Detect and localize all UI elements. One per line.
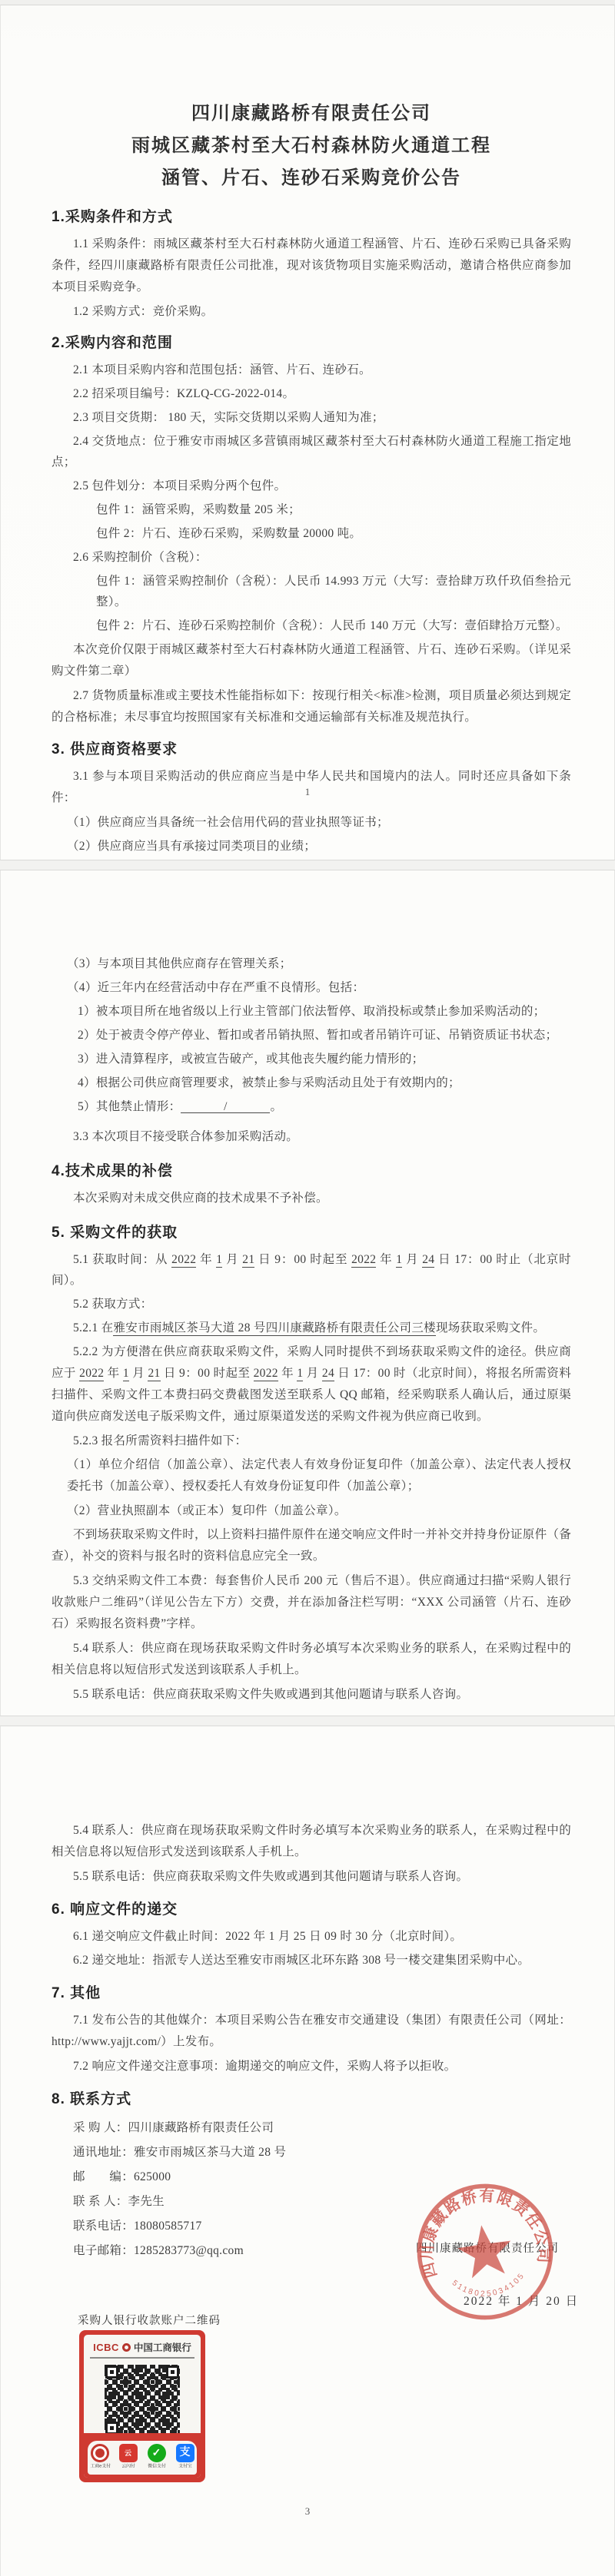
disallowed-sub-5: 5）其他禁止情形：/。 <box>52 1096 571 1117</box>
get-time-day2: 24 <box>422 1253 434 1268</box>
unionpay-label: 云闪付 <box>118 2462 138 2468</box>
t: 年 <box>104 1367 123 1380</box>
doc-title-line-1: 四川康藏路桥有限责任公司 <box>52 98 571 130</box>
t: 21 <box>148 1367 160 1381</box>
t: 2022 <box>254 1367 278 1381</box>
paragraph-5-3: 5.3 交纳采购文件工本费：每套售价人民币 200 元（售后不退）。供应商通过扫… <box>52 1570 571 1635</box>
qr-finder-icon <box>166 2365 179 2379</box>
paragraph-5-2: 5.2 获取方式： <box>52 1294 571 1315</box>
page-2: （3）与本项目其他供应商存在管理关系； （4）近三年内在经营活动中存在严重不良情… <box>0 870 615 1716</box>
paragraph-2-6: 2.6 采购控制价（含税）： <box>52 547 571 568</box>
contact-buyer: 采 购 人：四川康藏路桥有限责任公司 <box>73 2116 571 2140</box>
t: 2022 <box>79 1367 104 1381</box>
paragraph-7-1: 7.1 发布公告的其他媒介：本项目采购公告在雅安市交通建设（集团）有限责任公司（… <box>52 2010 571 2053</box>
get-time-year2: 2022 <box>351 1253 376 1268</box>
offsite-note: 不到场获取采购文件时，以上资料扫描件原件在递交响应文件时一并补交并持身份证原件（… <box>52 1524 571 1567</box>
contact-address: 通讯地址：雅安市雨城区茶马大道 28 号 <box>73 2140 571 2165</box>
paragraph-5-4-repeat: 5.4 联系人：供应商在现场获取采购文件时务必填写本次采购业务的联系人，在采购过… <box>52 1820 571 1863</box>
disallowed-sub-4: 4）根据公司供应商管理要求，被禁止参与采购活动且处于有效期内的； <box>52 1073 571 1093</box>
t: 1 <box>123 1367 129 1381</box>
paragraph-6-2: 6.2 递交地址：指派专人送达至雅安市雨城区北环东路 308 号一楼交建集团采购… <box>52 1950 571 1971</box>
disallowed-sub-1: 1）被本项目所在地省级以上行业主管部门依法暂停、取消投标或禁止参加采购活动的； <box>52 1001 571 1022</box>
section-heading-7: 7. 其他 <box>52 1983 571 2004</box>
t: 年 <box>278 1367 298 1380</box>
seal-registration-number: 5118025034105 <box>450 2269 530 2303</box>
qr-finder-icon <box>105 2365 118 2379</box>
paragraph-2-5: 2.5 包件划分：本项目采购分两个包件。 <box>52 476 571 496</box>
disallowed-item-4: （4）近三年内在经营活动中存在严重不良情形。包括： <box>52 977 571 998</box>
t: 年 <box>376 1253 396 1266</box>
signup-doc-1: （1）单位介绍信（加盖公章）、法定代表人有效身份证复印件（加盖公章）、法定代表人… <box>52 1454 571 1497</box>
qr-card-label: 采购人银行收款账户二维码 <box>78 2312 221 2328</box>
icbc-logo-icon <box>122 2343 131 2352</box>
paragraph-5-4: 5.4 联系人：供应商在现场获取采购文件时务必填写本次采购业务的联系人，在采购过… <box>52 1638 571 1681</box>
get-time-text: 5.1 获取时间：从 <box>73 1253 171 1266</box>
paragraph-4: 本次采购对未成交供应商的技术成果不予补偿。 <box>52 1188 571 1208</box>
bid-scope-note: 本次竞价仅限于雨城区藏茶村至大石村森林防火通道工程涵管、片石、连砂石采购。（详见… <box>52 639 571 682</box>
t: 月 <box>303 1367 322 1380</box>
paragraph-6-1: 6.1 递交响应文件截止时间：2022 年 1 月 25 日 09 时 30 分… <box>52 1926 571 1947</box>
t: 5.2.1 在 <box>73 1321 113 1334</box>
section-heading-4: 4.技术成果的补偿 <box>52 1161 571 1182</box>
paragraph-5-1: 5.1 获取时间：从 2022 年 1 月 21 日 9：00 时起至 2022… <box>52 1249 571 1291</box>
page-number-3: 3 <box>1 2505 614 2518</box>
section-heading-1: 1.采购条件和方式 <box>52 207 571 227</box>
t: 日 9：00 时起至 <box>254 1253 351 1266</box>
icbc-epay-label: 工商e支付 <box>90 2462 109 2468</box>
alipay-icon: 支 <box>176 2444 194 2462</box>
paragraph-5-5-repeat: 5.5 联系电话：供应商获取采购文件失败或遇到其他问题请与联系人咨询。 <box>52 1866 571 1887</box>
package-2-item: 包件 2：片石、连砂石采购，采购数量 20000 吨。 <box>52 523 571 544</box>
sub-5-label: 5）其他禁止情形： <box>78 1100 181 1113</box>
section-heading-3: 3. 供应商资格要求 <box>52 739 571 760</box>
icbc-card-header: ICBC 中国工商银行 <box>90 2335 194 2359</box>
package-1-item: 包件 1：涵管采购，采购数量 205 米； <box>52 499 571 520</box>
paragraph-2-3: 2.3 项目交货期： 180 天，实际交货期以采购人通知为准； <box>52 407 571 428</box>
paragraph-5-2-2: 5.2.2 为方便潜在供应商获取采购文件，采购人同时提供不到场获取采购文件的途径… <box>52 1341 571 1427</box>
page-separator <box>0 860 615 870</box>
t: 月 <box>129 1367 148 1380</box>
sub-5-period: 。 <box>270 1100 282 1113</box>
svg-text:5118025034105: 5118025034105 <box>450 2269 530 2303</box>
icbc-logo-text: ICBC <box>93 2342 119 2353</box>
alipay-label: 支付宝 <box>175 2462 194 2468</box>
signup-doc-2: （2）营业执照副本（或正本）复印件（加盖公章）。 <box>52 1500 571 1521</box>
paragraph-5-5: 5.5 联系电话：供应商获取采购文件失败或遇到其他问题请与联系人咨询。 <box>52 1684 571 1705</box>
payment-icons-panel: 工商e支付 云 云闪付 ✓ 微信支付 支 支付宝 <box>88 2441 197 2475</box>
t: 月 <box>402 1253 422 1266</box>
qualification-item-2: （2）供应商应当具有承接过同类项目的业绩； <box>52 836 571 857</box>
paragraph-3-3: 3.3 本次项目不接受联合体参加采购活动。 <box>52 1126 571 1147</box>
unionpay-icon: 云 <box>119 2444 138 2462</box>
disallowed-sub-2: 2）处于被责令停产停业、暂扣或者吊销执照、暂扣或者吊销许可证、吊销资质证书状态； <box>52 1025 571 1046</box>
package-1-price: 包件 1：涵管采购控制价（含税）：人民币 14.993 万元（大写：壹拾肆万玖仟… <box>52 571 571 612</box>
scanned-document: 四川康藏路桥有限责任公司 雨城区藏茶村至大石村森林防火通道工程 涵管、片石、连砂… <box>0 0 615 2576</box>
paragraph-2-2: 2.2 招采项目编号：KZLQ-CG-2022-014。 <box>52 383 571 404</box>
paragraph-5-2-1: 5.2.1 在雅安市雨城区茶马大道 28 号四川康藏路桥有限责任公司三楼现场获取… <box>52 1318 571 1338</box>
paragraph-2-1: 2.1 本项目采购内容和范围包括：涵管、片石、连砂石。 <box>52 360 571 380</box>
wechat-pay-label: 微信支付 <box>147 2462 166 2468</box>
get-time-day1: 21 <box>242 1253 254 1268</box>
paragraph-2-4: 2.4 交货地点：位于雅安市雨城区多营镇雨城区藏茶村至大石村森林防火通道工程施工… <box>52 431 571 472</box>
qualification-item-1: （1）供应商应当具备统一社会信用代码的营业执照等证书； <box>52 812 571 833</box>
doc-title-line-3: 涵管、片石、连砂石采购竞价公告 <box>52 162 571 194</box>
wechat-pay-icon: ✓ <box>148 2444 166 2462</box>
pickup-address: 雅安市雨城区茶马大道 28 号四川康藏路桥有限责任公司三楼 <box>113 1321 435 1336</box>
paragraph-1-2: 1.2 采购方式：竞价采购。 <box>52 301 571 322</box>
section-heading-8: 8. 联系方式 <box>52 2089 571 2110</box>
seal-star-icon <box>455 2222 516 2280</box>
icbc-card-panel: ICBC 中国工商银行 — 支持以下方式付款 — 工商e支付 <box>84 2335 201 2478</box>
section-heading-5: 5. 采购文件的获取 <box>52 1222 571 1243</box>
company-seal: 四川康藏路桥有限责任公司 5118025034105 <box>405 2172 565 2332</box>
page-3: 5.4 联系人：供应商在现场获取采购文件时务必填写本次采购业务的联系人，在采购过… <box>0 1726 615 2576</box>
icbc-payment-card: ICBC 中国工商银行 — 支持以下方式付款 — 工商e支付 <box>79 2330 205 2482</box>
company-seal-graphic: 四川康藏路桥有限责任公司 5118025034105 <box>405 2172 565 2332</box>
section-heading-6: 6. 响应文件的递交 <box>52 1899 571 1920</box>
t: 日 9：00 时起至 <box>161 1367 254 1380</box>
doc-title-line-2: 雨城区藏茶村至大石村森林防火通道工程 <box>52 130 571 162</box>
disallowed-sub-3: 3）进入清算程序，或被宣告破产，或其他丧失履约能力情形的； <box>52 1049 571 1069</box>
paragraph-7-2: 7.2 响应文件递交注意事项：逾期递交的响应文件，采购人将予以拒收。 <box>52 2056 571 2077</box>
get-time-year1: 2022 <box>171 1253 196 1268</box>
page-number-1: 1 <box>1 786 614 798</box>
paragraph-1-1: 1.1 采购条件：雨城区藏茶村至大石村森林防火通道工程涵管、片石、连砂石采购已具… <box>52 234 571 298</box>
page-1: 四川康藏路桥有限责任公司 雨城区藏茶村至大石村森林防火通道工程 涵管、片石、连砂… <box>0 5 615 860</box>
t: 现场获取采购文件。 <box>436 1321 545 1334</box>
icbc-bank-name: 中国工商银行 <box>134 2340 191 2354</box>
t: 月 <box>222 1253 242 1266</box>
page-separator <box>0 1716 615 1726</box>
icbc-epay-icon <box>91 2444 109 2462</box>
payment-zone: 工商e支付 云 云闪付 ✓ 微信支付 支 支付宝 <box>84 2433 201 2478</box>
t: 24 <box>322 1367 334 1381</box>
package-2-price: 包件 2：片石、连砂石采购控制价（含税）：人民币 140 万元（大写：壹佰肆拾万… <box>52 615 571 636</box>
fill-in-blank: / <box>181 1101 270 1113</box>
paragraph-2-7: 2.7 货物质量标准或主要技术性能指标如下：按现行相关<标准>检测，项目质量必须… <box>52 685 571 728</box>
paragraph-5-2-3: 5.2.3 报名所需资料扫描件如下： <box>52 1431 571 1451</box>
disallowed-item-3: （3）与本项目其他供应商存在管理关系； <box>52 953 571 974</box>
section-heading-2: 2.采购内容和范围 <box>52 333 571 353</box>
qr-code <box>105 2365 180 2435</box>
t: 年 <box>196 1253 216 1266</box>
